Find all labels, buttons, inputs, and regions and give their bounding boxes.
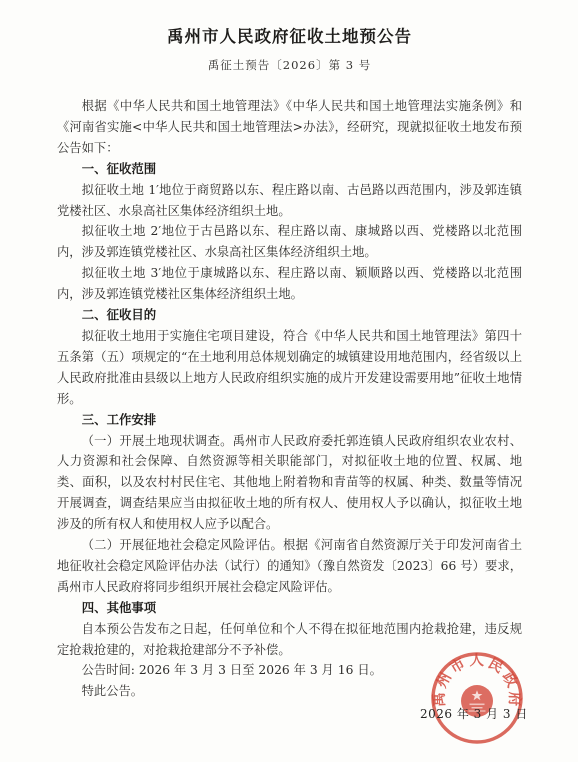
purpose-paragraph: 拟征收土地用于实施住宅项目建设，符合《中华人民共和国土地管理法》第四十五条第（五… [57, 326, 522, 410]
plot-3-paragraph: 拟征收土地 3′地位于康城路以东、程庄路以南、颖顺路以西、党楼路以北范围内，涉及… [57, 263, 522, 305]
doc-number: 禹征土预告〔2026〕第 3 号 [57, 58, 522, 72]
official-seal: 禹州市人民政府 [427, 648, 527, 748]
doc-title: 禹州市人民政府征收土地预公告 [57, 26, 522, 48]
section-heading-purpose: 二、征收目的 [57, 305, 522, 326]
section-heading-scope: 一、征收范围 [57, 159, 522, 180]
intro-paragraph: 根据《中华人民共和国土地管理法》《中华人民共和国土地管理法实施条例》和《河南省实… [57, 96, 522, 159]
risk-assessment-paragraph: （二）开展征地社会稳定风险评估。根据《河南省自然资源厅关于印发河南省土地征收社会… [57, 535, 522, 598]
plot-1-paragraph: 拟征收土地 1′地位于商贸路以东、程庄路以南、古邑路以西范围内，涉及郭连镇党楼社… [57, 180, 522, 222]
section-heading-other: 四、其他事项 [57, 598, 522, 619]
plot-2-paragraph: 拟征收土地 2′地位于古邑路以东、程庄路以南、康城路以西、党楼路以北范围内，涉及… [57, 221, 522, 263]
survey-paragraph: （一）开展土地现状调查。禹州市人民政府委托郭连镇人民政府组织农业农村、人力资源和… [57, 431, 522, 536]
document-page: 禹州市人民政府征收土地预公告 禹征土预告〔2026〕第 3 号 根据《中华人民共… [0, 0, 578, 762]
seal-date: 2026 年 3 月 3 日 [420, 705, 535, 722]
seal-graphic: 禹州市人民政府 [427, 648, 527, 748]
section-heading-arrangement: 三、工作安排 [57, 410, 522, 431]
